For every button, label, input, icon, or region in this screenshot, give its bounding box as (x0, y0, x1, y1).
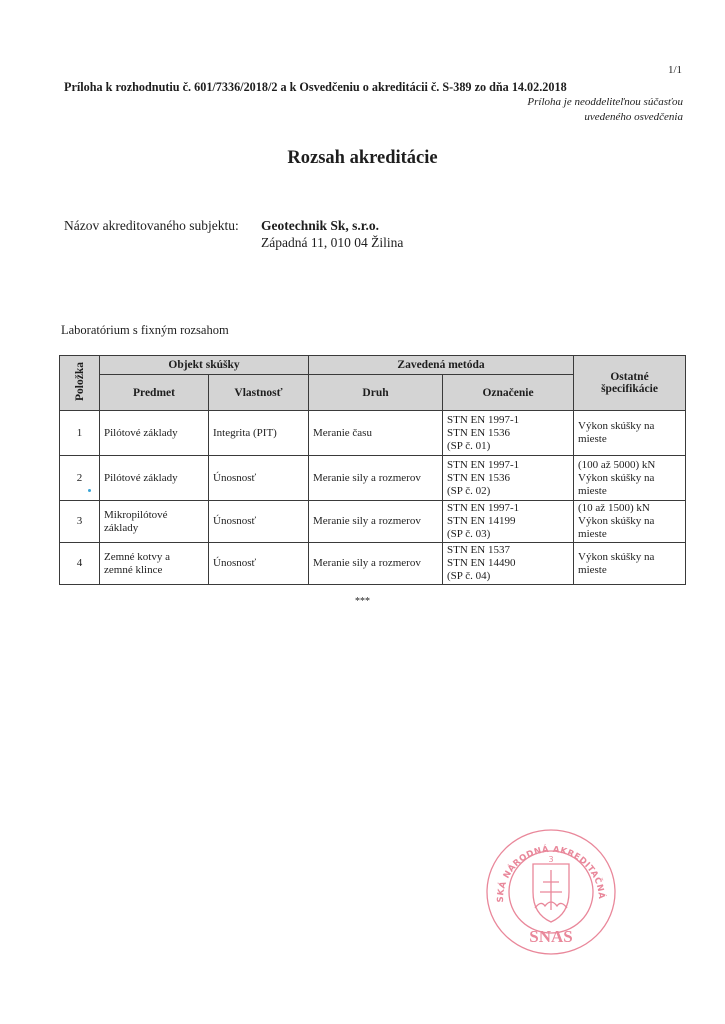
cell-property: Integrita (PIT) (209, 411, 309, 456)
annex-header-note: Príloha je neoddeliteľnou súčasťou uvede… (527, 95, 683, 125)
cell-subject: Zemné kotvy a zemné klince (100, 543, 209, 585)
header-object-group: Objekt skúšky (100, 356, 309, 375)
table-row: 3 Mikropilótové základy Únosnosť Meranie… (60, 501, 686, 543)
table-row: 4 Zemné kotvy a zemné klince Únosnosť Me… (60, 543, 686, 585)
header-subject: Predmet (100, 375, 209, 411)
cell-property: Únosnosť (209, 543, 309, 585)
header-item: Položka (60, 356, 100, 411)
annex-note-line-1: Príloha je neoddeliteľnou súčasťou (527, 95, 683, 110)
cell-type: Meranie času (309, 411, 443, 456)
cell-designation: STN EN 1537 STN EN 14490 (SP č. 04) (443, 543, 574, 585)
cell-type: Meranie sily a rozmerov (309, 501, 443, 543)
annex-header-title: Príloha k rozhodnutiu č. 601/7336/2018/2… (64, 80, 567, 95)
lab-scope-label: Laboratórium s fixným rozsahom (61, 323, 229, 338)
table-header-row-1: Položka Objekt skúšky Zavedená metóda Os… (60, 356, 686, 375)
header-other-label: Ostatnéšpecifikácie (601, 371, 658, 395)
cell-item: 2 (60, 456, 100, 501)
cell-item: 4 (60, 543, 100, 585)
slovak-coat-of-arms-icon: SLOVENSKÁ NÁRODNÁ AKREDITAČNÁ SLUŽBA 3 S… (483, 826, 619, 958)
cell-designation: STN EN 1997-1 STN EN 1536 (SP č. 02) (443, 456, 574, 501)
cell-type: Meranie sily a rozmerov (309, 456, 443, 501)
cell-other: (10 až 1500) kN Výkon skúšky na mieste (574, 501, 686, 543)
svg-text:SNAS: SNAS (529, 927, 572, 946)
cell-other: (100 až 5000) kN Výkon skúšky na mieste (574, 456, 686, 501)
cell-other: Výkon skúšky na mieste (574, 411, 686, 456)
cell-item: 1 (60, 411, 100, 456)
scan-artifact (88, 489, 91, 492)
cell-property: Únosnosť (209, 501, 309, 543)
header-property: Vlastnosť (209, 375, 309, 411)
cell-subject: Pilótové základy (100, 456, 209, 501)
svg-text:3: 3 (548, 855, 553, 864)
snas-stamp: SLOVENSKÁ NÁRODNÁ AKREDITAČNÁ SLUŽBA 3 S… (483, 826, 619, 958)
cell-designation: STN EN 1997-1 STN EN 14199 (SP č. 03) (443, 501, 574, 543)
page-number: 1/1 (668, 64, 682, 76)
header-designation: Označenie (443, 375, 574, 411)
end-mark: *** (0, 596, 725, 607)
subject-label: Názov akreditovaného subjektu: (64, 218, 239, 234)
cell-type: Meranie sily a rozmerov (309, 543, 443, 585)
document-title: Rozsah akreditácie (0, 148, 725, 169)
header-method-group: Zavedená metóda (309, 356, 574, 375)
cell-property: Únosnosť (209, 456, 309, 501)
cell-other: Výkon skúšky na mieste (574, 543, 686, 585)
cell-item: 3 (60, 501, 100, 543)
header-other: Ostatnéšpecifikácie (574, 356, 686, 411)
subject-address: Západná 11, 010 04 Žilina (261, 235, 403, 251)
accreditation-scope-table: Položka Objekt skúšky Zavedená metóda Os… (59, 355, 686, 585)
table-row: 1 Pilótové základy Integrita (PIT) Meran… (60, 411, 686, 456)
cell-subject: Mikropilótové základy (100, 501, 209, 543)
cell-subject: Pilótové základy (100, 411, 209, 456)
subject-name: Geotechnik Sk, s.r.o. (261, 218, 379, 234)
header-type: Druh (309, 375, 443, 411)
cell-designation: STN EN 1997-1 STN EN 1536 (SP č. 01) (443, 411, 574, 456)
annex-note-line-2: uvedeného osvedčenia (527, 110, 683, 125)
table-row: 2 Pilótové základy Únosnosť Meranie sily… (60, 456, 686, 501)
